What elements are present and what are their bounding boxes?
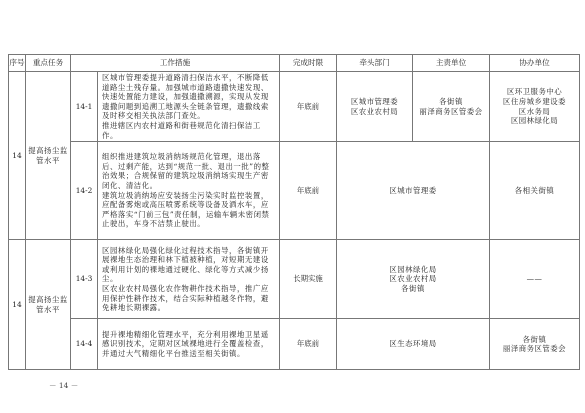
header-task: 重点任务: [26, 55, 71, 72]
measure-paragraph: 区农业农村局强化农作物耕作技术指导，推广应用保护性耕作技术，结合实际种植越冬作物…: [102, 284, 276, 313]
task-table: 序号 重点任务 工作措施 完成时限 牵头部门 主责单位 协办单位 14 提高扬尘…: [8, 54, 580, 370]
assist-unit: 区住房城乡建设委: [490, 97, 579, 107]
deadline-cell: 年底前: [280, 142, 337, 240]
responsible-unit: 丽泽商务区管委会: [413, 107, 489, 117]
row-id: 14-2: [71, 142, 98, 240]
lead-dept: 区农业农村局: [337, 274, 489, 284]
header-seq: 序号: [9, 55, 26, 72]
table-header-row: 序号 重点任务 工作措施 完成时限 牵头部门 主责单位 协办单位: [9, 55, 580, 72]
table-row: 14-2 组织推进建筑垃圾消纳场规范化管理，退出落后、过剩产能，达到“规范一批、…: [9, 142, 580, 240]
lead-responsible-merged-cell: 区园林绿化局 区农业农村局 各街镇: [337, 240, 490, 319]
measure-paragraph: 组织推进建筑垃圾消纳场规范化管理，退出落后、过剩产能，达到“规范一批、退出一批”…: [102, 152, 276, 190]
deadline-cell: 年底前: [280, 319, 337, 370]
lead-dept: 各街镇: [337, 284, 489, 294]
seq-cell: 14: [9, 72, 26, 240]
page-number: － 14 －: [49, 380, 78, 391]
header-assist: 协办单位: [490, 55, 580, 72]
header-responsible: 主责单位: [413, 55, 490, 72]
header-measures: 工作措施: [71, 55, 280, 72]
lead-dept: 区农业农村局: [337, 107, 412, 117]
assist-unit: 各街镇: [490, 335, 579, 345]
deadline-cell: 年底前: [280, 72, 337, 142]
assist-unit: 区水务局: [490, 107, 579, 117]
header-lead-dept: 牵头部门: [337, 55, 413, 72]
measure-paragraph: 区城市管理委提升道路清扫保洁水平，不断降低道路尘土残存量。加强城市道路遗撒快速发…: [102, 73, 276, 121]
table-row: 14-4 提升裸地精细化管理水平，充分利用裸地卫星遥感识别技术，定期对区域裸地进…: [9, 319, 580, 370]
lead-dept: 区城市管理委: [337, 97, 412, 107]
assist-unit: ——: [490, 274, 579, 284]
assist-unit: 区园林绿化局: [490, 116, 579, 126]
measures-cell: 区城市管理委提升道路清扫保洁水平，不断降低道路尘土残存量。加强城市道路遗撒快速发…: [98, 72, 280, 142]
header-deadline: 完成时限: [280, 55, 337, 72]
assist-cell: ——: [490, 240, 580, 319]
table-row: 14 提高扬尘监管水平 14-3 区园林绿化局强化绿化过程技术指导，各街镇开展裸…: [9, 240, 580, 319]
assist-unit: 丽泽商务区管委会: [490, 344, 579, 354]
measures-cell: 提升裸地精细化管理水平，充分利用裸地卫星遥感识别技术，定期对区域裸地进行全覆盖检…: [98, 319, 280, 370]
lead-dept-cell: 区城市管理委 区农业农村局: [337, 72, 413, 142]
lead-responsible-merged-cell: 区生态环境局: [337, 319, 490, 370]
lead-dept: 区园林绿化局: [337, 265, 489, 275]
row-id: 14-3: [71, 240, 98, 319]
row-id: 14-1: [71, 72, 98, 142]
deadline-cell: 长期实施: [280, 240, 337, 319]
measures-cell: 组织推进建筑垃圾消纳场规范化管理，退出落后、过剩产能，达到“规范一批、退出一批”…: [98, 142, 280, 240]
table-row: 14 提高扬尘监管水平 14-1 区城市管理委提升道路清扫保洁水平，不断降低道路…: [9, 72, 580, 142]
measures-cell: 区园林绿化局强化绿化过程技术指导，各街镇开展裸地生态治理和林下植被种植，对短期无…: [98, 240, 280, 319]
responsible-cell: 各街镇 丽泽商务区管委会: [413, 72, 490, 142]
lead-responsible-merged-cell: 区城市管理委: [337, 142, 490, 240]
assist-cell: 区环卫服务中心 区住房城乡建设委 区水务局 区园林绿化局: [490, 72, 580, 142]
measure-paragraph: 区园林绿化局强化绿化过程技术指导，各街镇开展裸地生态治理和林下植被种植，对短期无…: [102, 246, 276, 284]
lead-dept: 区生态环境局: [337, 339, 489, 349]
measure-paragraph: 推进辖区内农村道路和街巷规范化清扫保洁工作。: [102, 121, 276, 140]
seq-cell: 14: [9, 240, 26, 370]
assist-cell: 各街镇 丽泽商务区管委会: [490, 319, 580, 370]
responsible-unit: 各街镇: [413, 97, 489, 107]
row-id: 14-4: [71, 319, 98, 370]
lead-dept: 区城市管理委: [337, 186, 489, 196]
task-cell: 提高扬尘监管水平: [26, 240, 71, 370]
assist-unit: 区环卫服务中心: [490, 87, 579, 97]
assist-cell: 各相关街镇: [490, 142, 580, 240]
assist-unit: 各相关街镇: [490, 186, 579, 196]
measure-paragraph: 建筑垃圾消纳场应安装扬尘污染实时监控装置，应配备雾炮或高压喷雾系统等设备及洒水车…: [102, 191, 276, 229]
measure-paragraph: 提升裸地精细化管理水平，充分利用裸地卫星遥感识别技术，定期对区域裸地进行全覆盖检…: [102, 330, 276, 359]
task-cell: 提高扬尘监管水平: [26, 72, 71, 240]
